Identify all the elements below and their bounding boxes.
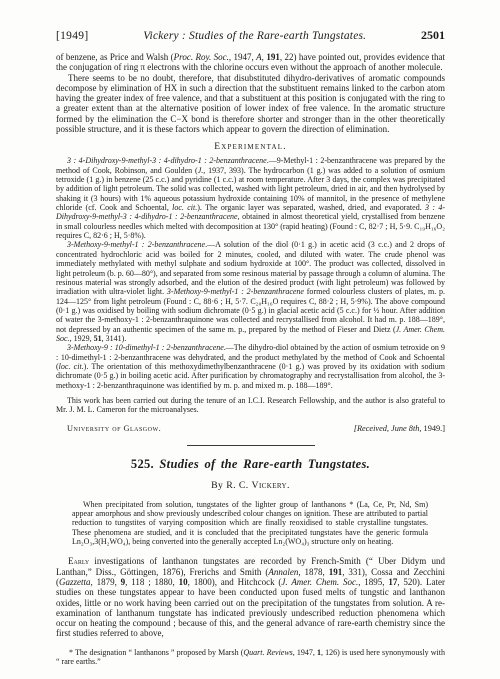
article-intro-paragraph: Early investigations of lanthanon tungst…	[56, 556, 445, 638]
paragraph-elimination: There seems to be no doubt, therefore, t…	[56, 73, 445, 135]
article-byline: By R. C. Vickery.	[56, 480, 445, 491]
section-divider	[187, 445, 315, 446]
experimental-heading: Experimental.	[56, 142, 445, 152]
experimental-paragraph-methoxy-dimethyl: 3-Methoxy-9 : 10-dimethyl-1 : 2-benzanth…	[56, 343, 445, 390]
affiliation: University of Glasgow.	[56, 424, 161, 433]
header-running-title: Vickery : Studies of the Rare-earth Tung…	[88, 30, 421, 42]
acknowledgement: This work has been carried out during th…	[56, 396, 445, 415]
scanned-journal-page: [1949] Vickery : Studies of the Rare-ear…	[0, 0, 500, 679]
header-year: [1949]	[56, 30, 88, 42]
signoff-row: University of Glasgow. [Received, June 8…	[56, 424, 445, 433]
header-page-number: 2501	[421, 28, 445, 43]
article-title: 525. Studies of the Rare-earth Tungstate…	[56, 457, 445, 472]
experimental-paragraph-methoxy-methyl: 3-Methoxy-9-methyl-1 : 2-benzanthracene.…	[56, 240, 445, 343]
received-date: [Received, June 8th, 1949.]	[354, 424, 445, 433]
experimental-paragraph-dihydroxy: 3 : 4-Dihydroxy-9-methyl-3 : 4-dihydro-1…	[56, 156, 445, 240]
paragraph-continuation: of benzene, as Price and Walsh (Proc. Ro…	[56, 52, 445, 73]
footnote-lanthanons: * The designation “ lanthanons ” propose…	[56, 648, 445, 667]
page-header: [1949] Vickery : Studies of the Rare-ear…	[56, 28, 445, 43]
article-abstract: When precipitated from solution, tungsta…	[72, 500, 428, 547]
